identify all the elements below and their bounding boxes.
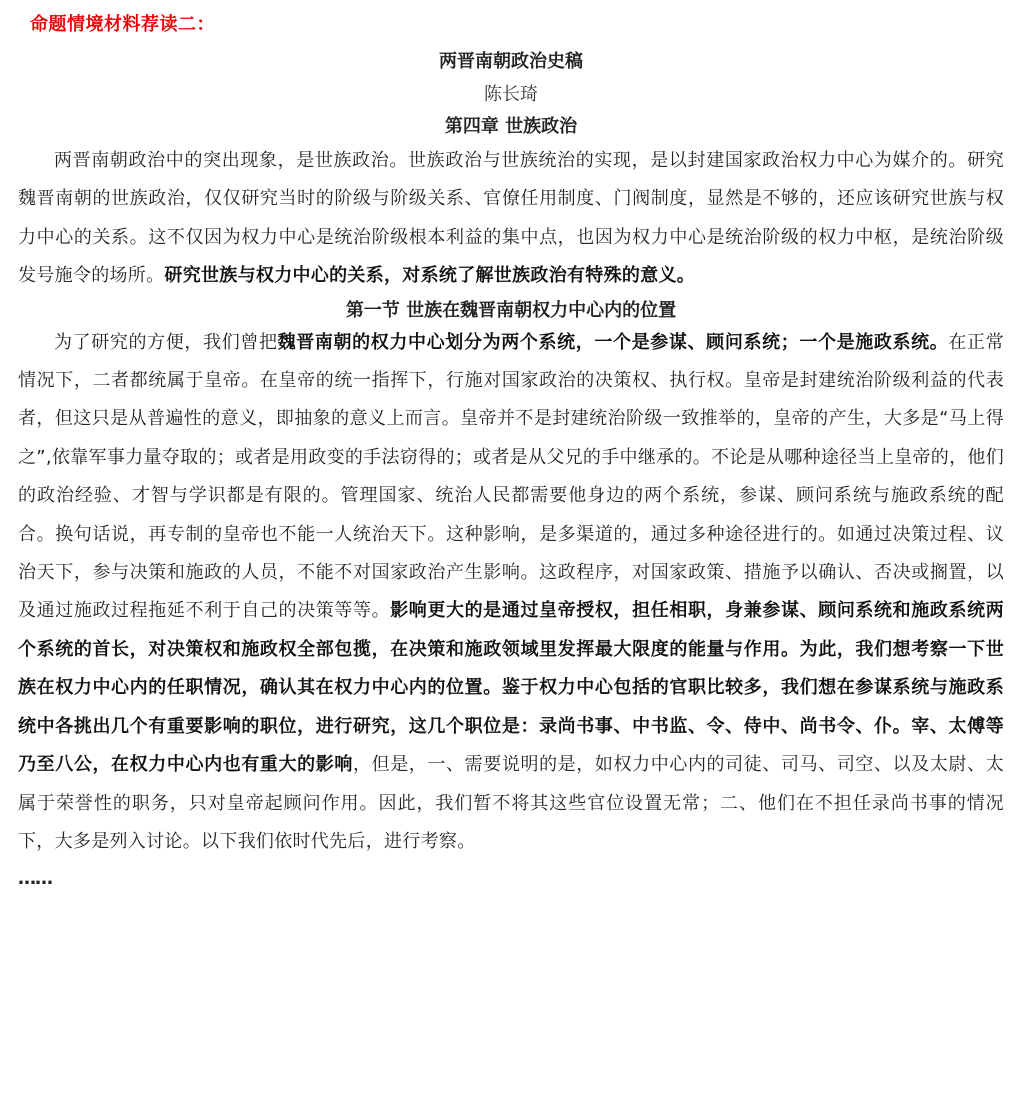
section-title: 第一节 世族在魏晋南朝权力中心内的位置 (18, 300, 1004, 322)
paragraph-text-1: 为了研究的方便，我们曾把 (54, 332, 278, 353)
lead-label: 命题情境材料荐读二： (18, 0, 1004, 37)
book-title: 两晋南朝政治史稿 (18, 51, 1004, 73)
document-page: 命题情境材料荐读二： 两晋南朝政治史稿 陈长琦 第四章 世族政治 两晋南朝政治中… (0, 0, 1018, 889)
paragraph-intro: 两晋南朝政治中的突出现象，是世族政治。世族政治与世族统治的实现，是以封建国家政治… (18, 142, 1004, 296)
paragraph-emphasis-1: 魏晋南朝的权力中心划分为两个系统，一个是参谋、顾问系统；一个是施政系统。 (278, 332, 949, 353)
ellipsis-continuation: …… (18, 869, 1004, 889)
paragraph-section-body: 为了研究的方便，我们曾把魏晋南朝的权力中心划分为两个系统，一个是参谋、顾问系统；… (18, 324, 1004, 862)
author-name: 陈长琦 (18, 84, 1004, 106)
paragraph-intro-emphasis: 研究世族与权力中心的关系，对系统了解世族政治有特殊的意义。 (164, 265, 695, 286)
paragraph-text-2: 在正常情况下，二者都统属于皇帝。在皇帝的统一指挥下，行施对国家政治的决策权、执行… (18, 332, 1004, 622)
paragraph-emphasis-2: 影响更大的是通过皇帝授权，担任相职，身兼参谋、顾问系统和施政系统两个系统的首长，… (18, 600, 1004, 775)
chapter-title: 第四章 世族政治 (18, 116, 1004, 138)
